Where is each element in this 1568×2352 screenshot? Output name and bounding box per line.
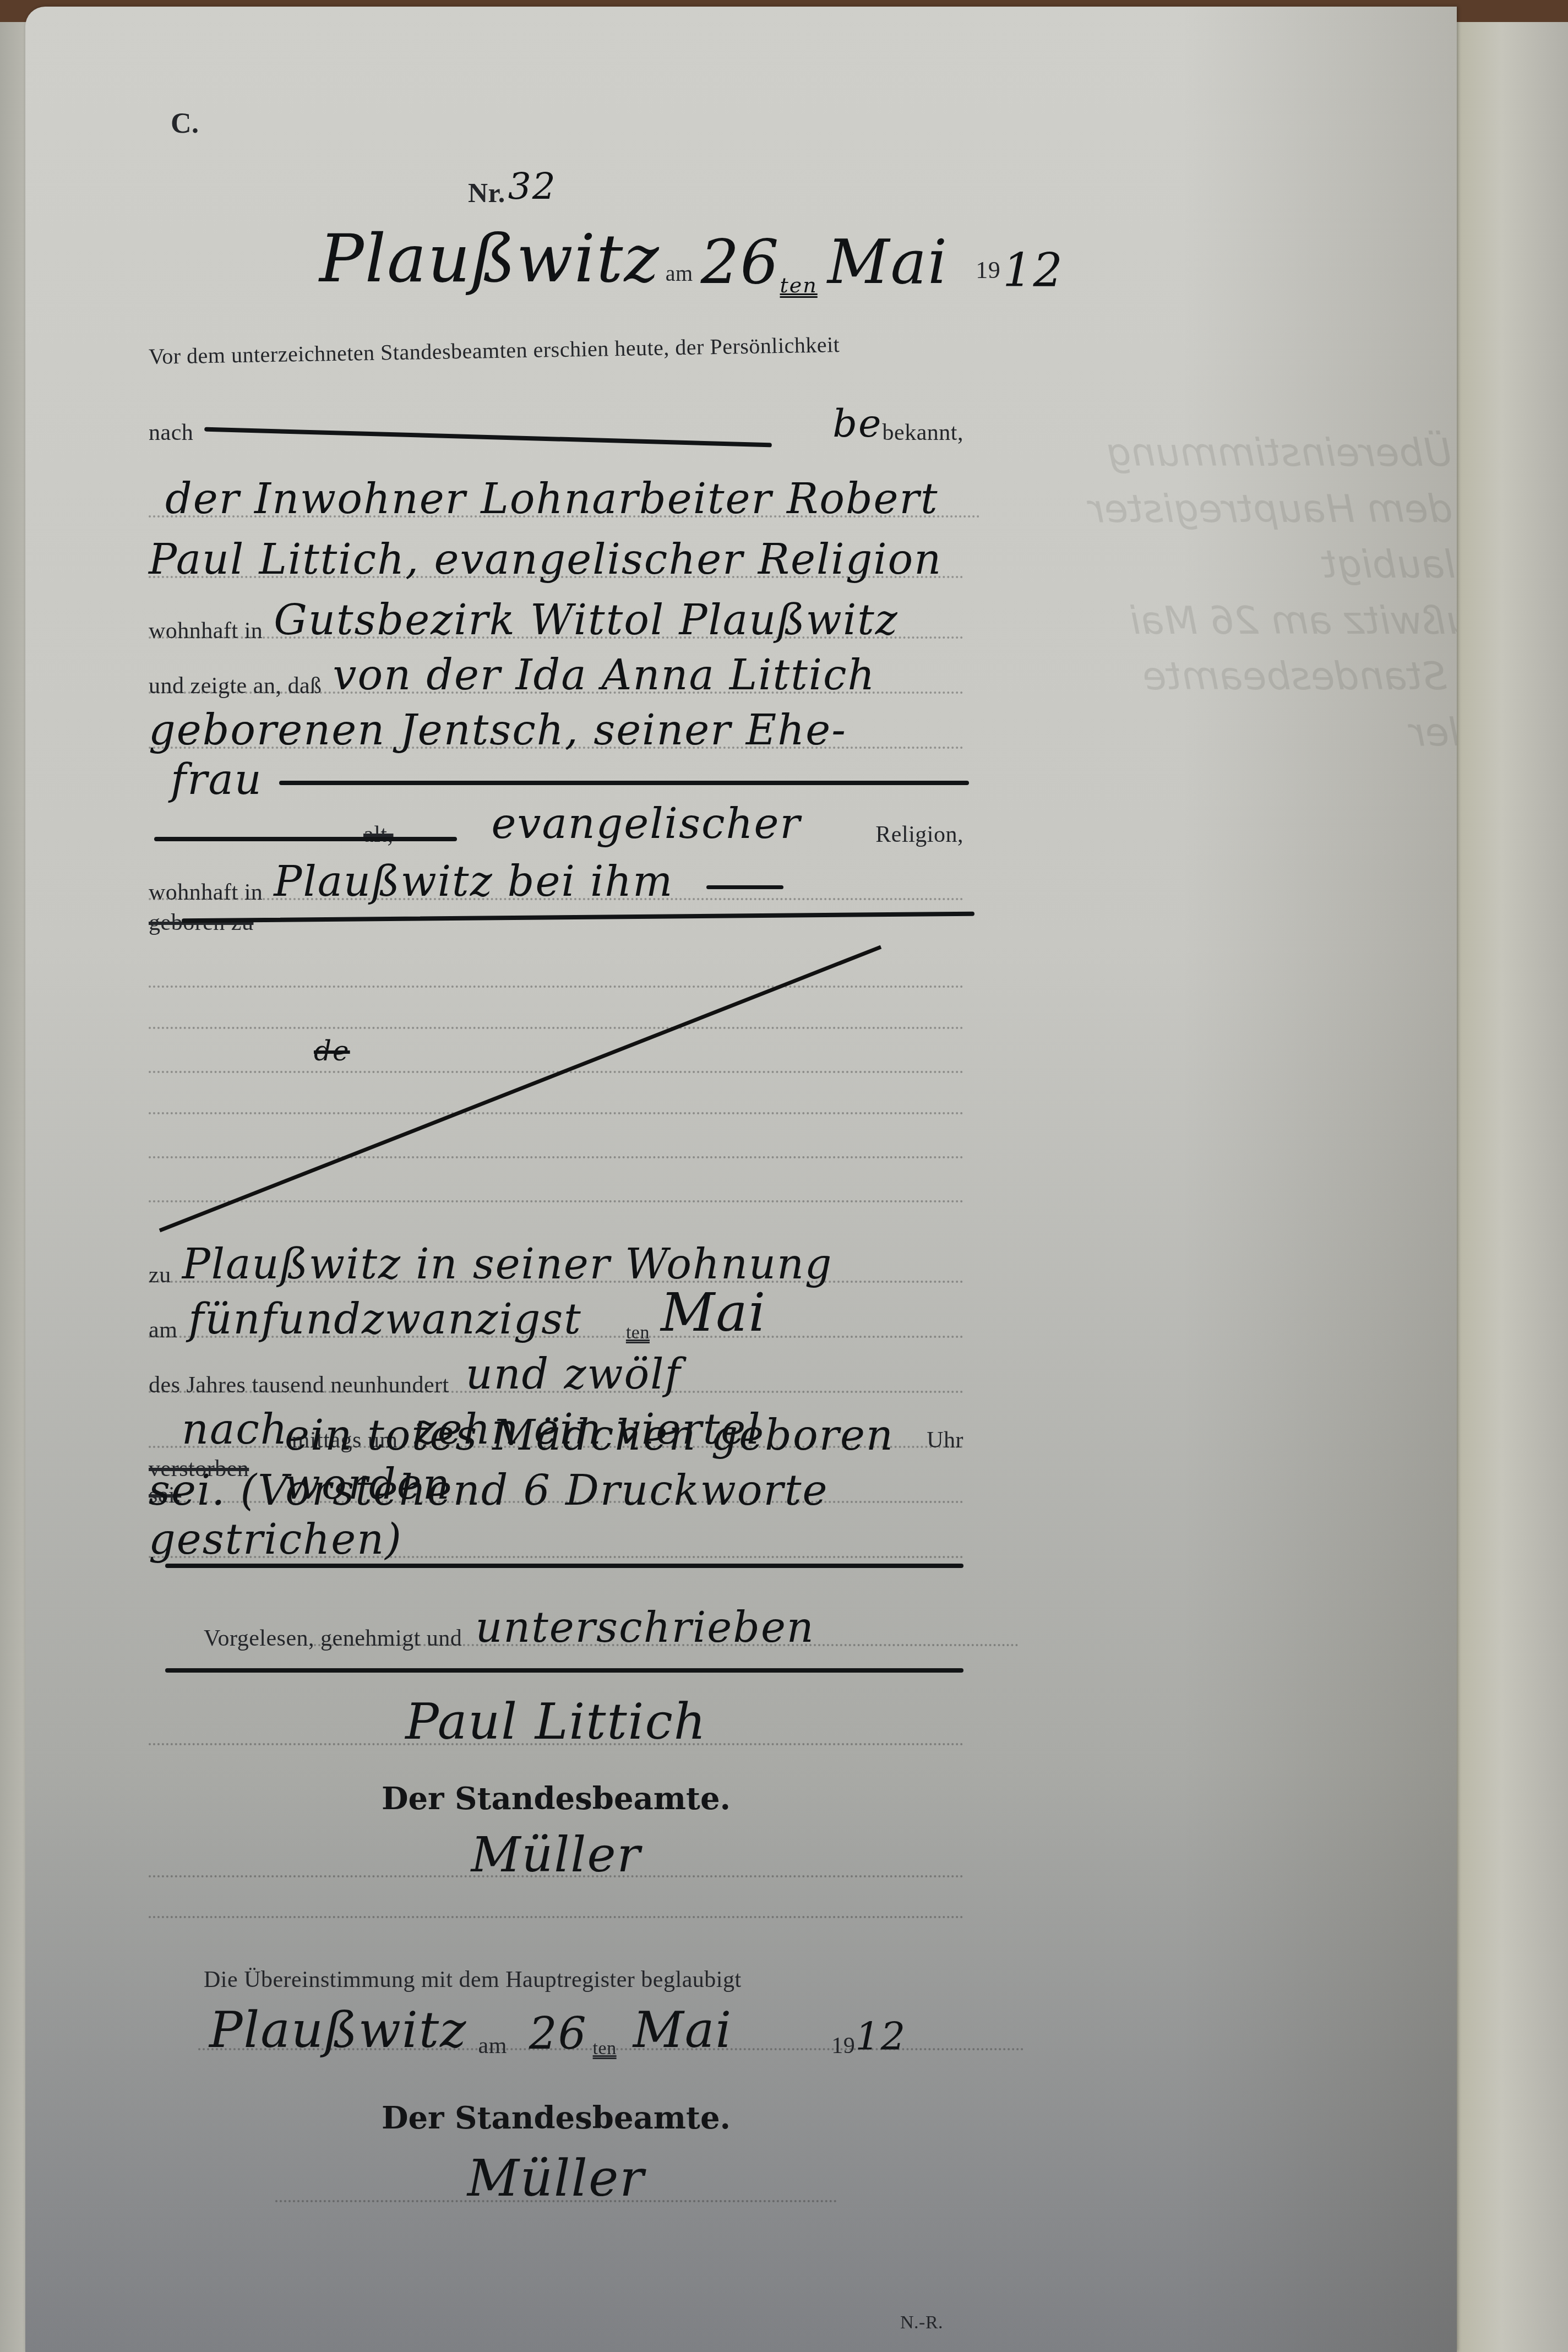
mother-religion-line: alt, evangelischer Religion, — [149, 798, 963, 848]
informant-line-1: der Inwohner Lohnarbeiter Robert — [149, 462, 980, 523]
registrar-title: Der Standesbeamte. — [382, 1781, 731, 1817]
certification-am-label: am — [478, 2033, 507, 2059]
dotted-line — [149, 515, 980, 518]
certification-day: 26 — [529, 2008, 587, 2059]
nach-label: nach — [149, 420, 193, 446]
dotted-line — [314, 1644, 1019, 1646]
heading-month: Mai — [827, 227, 948, 297]
dotted-line — [149, 636, 963, 639]
certification-text: Die Übereinstimmung mit dem Hauptregiste… — [204, 1967, 742, 1993]
strike-rule — [279, 781, 969, 785]
dotted-line — [149, 1875, 963, 1877]
certification-registrar-title-row: Der Standesbeamte. — [149, 2092, 963, 2136]
dash-rule — [706, 885, 783, 889]
intro-line: Vor dem unterzeichneten Standesbeamten e… — [149, 325, 963, 363]
dotted-line — [149, 1336, 963, 1338]
heading-place: Plaußwitz — [319, 221, 660, 297]
am-label: am — [149, 1317, 177, 1343]
registrar-title-row: Der Standesbeamte. — [149, 1773, 963, 1817]
vorgelesen-line: Vorgelesen, genehmigt und unterschrieben — [149, 1597, 1019, 1652]
mother-maiden-line: geborenen Jentsch, seiner Ehe- — [149, 699, 963, 754]
bleed-through-text: Die Übereinstimmungmit dem Hauptregister… — [1033, 425, 1457, 976]
dotted-line — [149, 1916, 963, 1918]
mother-religion: evangelischer — [491, 799, 801, 848]
dotted-line — [275, 2200, 837, 2202]
certification-month: Mai — [633, 2001, 733, 2059]
correction-note: sei. (Vorstehend 6 Druckworte gestrichen… — [149, 1466, 963, 1564]
informant-line-2: Paul Littich, evangelischer Religion — [149, 523, 963, 584]
dotted-line — [149, 898, 963, 900]
geboren-line: geboren zu — [149, 903, 963, 936]
closing-rule-2 — [165, 1668, 963, 1673]
closing-rule-1 — [165, 1564, 963, 1568]
dotted-line — [149, 692, 963, 694]
birth-date-line: am fünfundzwanzigst ten Mai — [149, 1288, 963, 1343]
dotted-line — [149, 1556, 963, 1558]
heading-am-label: am — [666, 260, 693, 286]
religion-label: Religion, — [875, 821, 963, 848]
dotted-line — [149, 1743, 963, 1745]
zeigte-line: und zeigte an, daß von der Ida Anna Litt… — [149, 644, 963, 699]
bekannt-label: bekannt, — [883, 420, 963, 446]
bekannt-hand: be — [832, 401, 882, 446]
ehefrau-text: frau — [171, 755, 263, 804]
certification-place-date: Plaußwitz am 26 ten Mai 19 12 — [149, 1993, 1024, 2059]
vorgelesen-label: Vorgelesen, genehmigt und — [204, 1625, 462, 1652]
zu-label: zu — [149, 1262, 171, 1288]
birth-place-line: zu Plaußwitz in seiner Wohnung — [149, 1228, 963, 1288]
certification-registrar-title: Der Standesbeamte. — [382, 2100, 731, 2136]
certification-place: Plaußwitz — [209, 2001, 467, 2059]
note-line: sei. (Vorstehend 6 Druckworte gestrichen… — [149, 1509, 963, 1564]
heading-day-suffix: ten — [780, 273, 818, 297]
certification-year-printed: 19 — [831, 2033, 855, 2059]
register-form: C. Nr. 32 Plaußwitz am 26 ten Mai 19 12 … — [149, 0, 963, 2352]
zeigte-label: und zeigte an, daß — [149, 673, 322, 699]
nach-bekannt-line: nach be bekannt, — [149, 380, 963, 446]
heading-day: 26 — [701, 227, 780, 297]
informant-signature-line: Paul Littich — [149, 1685, 963, 1751]
geboren-strike-rule — [182, 912, 974, 923]
registrar-signature: Müller — [471, 1826, 641, 1883]
dotted-line — [149, 747, 963, 749]
jahres-label: des Jahres tausend neunhundert — [149, 1372, 449, 1398]
heading-year-printed: 19 — [976, 256, 1000, 284]
heading-place-date: Plaußwitz am 26 ten Mai 19 12 — [149, 187, 1134, 297]
certification-year-written: 12 — [855, 2014, 906, 2059]
facing-page-edge — [1453, 22, 1568, 2352]
nach-strike-rule — [204, 427, 772, 448]
struck-section: de — [149, 936, 963, 1244]
alt-strike-rule — [154, 837, 457, 841]
dotted-line — [149, 1391, 963, 1393]
certification-line: Die Übereinstimmung mit dem Hauptregiste… — [149, 1954, 1019, 1993]
mother-residence-line: wohnhaft in Plaußwitz bei ihm — [149, 851, 963, 906]
ehefrau-line: frau — [149, 754, 986, 804]
certification-signature-line: Müller — [149, 2142, 963, 2208]
certification-registrar-signature: Müller — [467, 2149, 645, 2208]
printer-mark: N.-R. — [900, 2312, 943, 2333]
dotted-line — [198, 2048, 1024, 2050]
birth-month: Mai — [661, 1282, 766, 1343]
dotted-line — [149, 576, 963, 578]
intro-text: Vor dem unterzeichneten Standesbeamten e… — [149, 331, 840, 369]
dotted-line — [149, 1281, 963, 1283]
informant-residence-line: wohnhaft in Gutsbezirk Wittol Plaußwitz — [149, 584, 963, 644]
ten-label: ten — [626, 1322, 650, 1343]
birth-year-line: des Jahres tausend neunhundert und zwölf — [149, 1343, 963, 1398]
informant-signature: Paul Littich — [405, 1693, 707, 1751]
wohnhaft-label: wohnhaft in — [149, 618, 263, 644]
diagonal-strike-line — [149, 936, 963, 1244]
registrar-signature-line: Müller — [149, 1822, 963, 1883]
wohnhaft-label-2: wohnhaft in — [149, 879, 263, 906]
section-letter: C. — [171, 107, 199, 140]
heading-year-written: 12 — [1003, 243, 1064, 297]
geboren-label: geboren zu — [149, 910, 253, 936]
